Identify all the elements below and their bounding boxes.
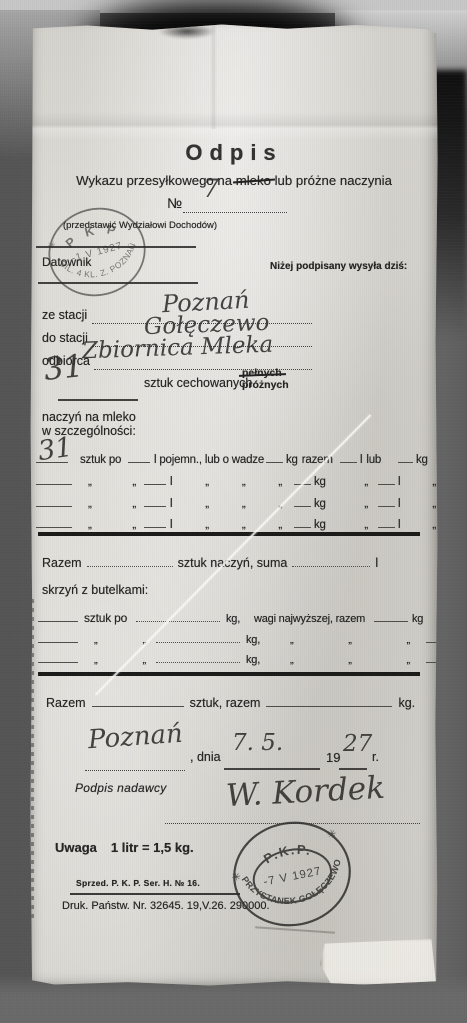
stamp-pkp-goleczewo: P.K.P. PRZYSTANEK GOŁĘCZEWO -7 V 1927 ✳ … (220, 807, 363, 941)
number-label: № (167, 195, 182, 211)
year-suffix: r. (372, 750, 379, 764)
year-handwritten: 27 (343, 731, 372, 757)
crates-heading: skrzyń z butelkami: (42, 583, 148, 597)
ditto-mark: „ (364, 519, 368, 531)
paper-fold-crease (30, 112, 438, 140)
blank-line (36, 473, 72, 485)
blank-line (36, 495, 72, 507)
paper-vertical-crease (210, 24, 217, 129)
ditto-mark: „ (132, 519, 136, 531)
unit-l: l (398, 476, 400, 488)
ditto-mark: „ (364, 476, 368, 488)
place-line (85, 768, 185, 771)
unit-l: l (154, 454, 156, 466)
stamp-bottom-star-right-icon: ✳ (326, 828, 337, 842)
from-station-label: ze stacji (42, 308, 87, 322)
vessels-sztuk-po: sztuk po (80, 454, 128, 466)
unit-kg: kg (314, 476, 326, 488)
blank-line (92, 695, 184, 707)
photo-of-document: Odpis Wykazu przesyłkowego na mleko lub … (0, 0, 467, 1023)
ditto-mark: „ (407, 654, 410, 666)
place-handwritten: Poznań (87, 719, 184, 756)
signature-handwritten: W. Kordek (225, 770, 386, 814)
blank-line (36, 516, 72, 528)
ditto-mark: „ (407, 634, 410, 646)
kg-dot: kg. (398, 696, 415, 710)
number-blank-line (183, 210, 287, 213)
blank-line (426, 631, 460, 643)
unit-kg: kg (314, 519, 326, 531)
unit-kg: kg (416, 454, 428, 466)
stamp-top-star-icon: ✳ (47, 240, 58, 253)
unit-l: l (375, 556, 378, 570)
blank-line (378, 516, 395, 528)
blank-line (292, 555, 370, 567)
blank-line (374, 610, 408, 622)
vessels-row-2: „„ l„„„ kg„ l„ kg (36, 473, 436, 488)
recipient-handwritten: Zbiornica Mleka (82, 332, 274, 365)
unit-kg: kg (460, 519, 467, 531)
blank-line (378, 473, 395, 485)
blank-line (156, 651, 240, 663)
blank-line (294, 495, 311, 507)
section-divider-rule (38, 532, 420, 536)
marked-alt-word: próżnych (242, 379, 289, 391)
blank-line (266, 451, 283, 463)
unit-l: l (360, 454, 362, 466)
ditto-mark: „ (348, 654, 351, 666)
kg-comma: kg, (246, 634, 274, 646)
marked-count-handwritten: 31 (42, 348, 85, 388)
stamp-bottom-date: -7 V 1927 (263, 865, 323, 888)
imprint-rule (70, 893, 240, 895)
unit-kg: kg (412, 613, 423, 625)
crates-row-1: sztuk po kg, wagi najwyższej, razem kg (38, 610, 430, 625)
blank-line (442, 516, 457, 528)
ditto-mark: „ (242, 498, 246, 510)
blank-line (144, 516, 166, 528)
unit-kg: kg (286, 454, 298, 466)
blank-line (36, 451, 68, 463)
vessels-heading-line1: naczyń na mleko (42, 410, 136, 424)
number-handwritten: 7 (203, 174, 219, 203)
signature-label: Podpis nadawcy (75, 781, 167, 795)
crates-row-3: „„ kg, „„„ kg (38, 651, 430, 666)
crates-mid-text: wagi najwyższej, razem (254, 613, 374, 625)
vessels-row-1: sztuk po lpojemn., lub o wadze kgrazem l… (36, 451, 436, 466)
vessels-total-row: Razem sztuk naczyń, suma l (42, 555, 378, 570)
blank-line (38, 651, 78, 663)
ditto-mark: „ (143, 654, 146, 666)
razem-label: Razem (46, 696, 86, 710)
blank-line (426, 651, 460, 663)
subtitle-after: lub próżne naczynia (275, 173, 392, 188)
unit-kg: kg (314, 498, 326, 510)
ditto-mark: „ (94, 634, 97, 646)
ditto-mark: „ (290, 634, 293, 646)
blank-line (87, 555, 173, 567)
paper-perforation-edge (31, 599, 34, 919)
sends-today-note: Niżej podpisany wysyła dziś: (270, 261, 407, 272)
svg-text:P.K.P.: P.K.P. (260, 838, 316, 868)
section-divider-rule (38, 672, 420, 676)
ditto-mark: „ (432, 498, 436, 510)
uwaga-label: Uwaga (55, 840, 97, 855)
pojemn-text: pojemn., lub o wadze (159, 454, 264, 466)
ditto-mark: „ (348, 634, 351, 646)
blank-line (156, 631, 240, 643)
blank-line (38, 610, 78, 622)
suma-text: sztuk naczyń, suma (178, 556, 288, 570)
unit-l: l (170, 519, 172, 531)
subtitle-struck-word: mleko (236, 173, 271, 188)
uwaga-text: 1 litr = 1,5 kg. (111, 840, 194, 855)
blank-line (398, 451, 413, 463)
kg-comma: kg, (246, 654, 274, 666)
document-subtitle: Wykazu przesyłkowego na mleko lub próżne… (30, 173, 438, 188)
grand-total-row: Razem sztuk, razem kg. (46, 695, 415, 710)
ditto-mark: „ (278, 519, 282, 531)
ditto-mark: „ (242, 519, 246, 531)
marked-label: sztuk cechowanych (144, 376, 252, 390)
ditto-mark: „ (132, 476, 136, 488)
ditto-mark: „ (278, 476, 282, 488)
blank-line (378, 495, 395, 507)
blank-line (442, 495, 457, 507)
ditto-mark: „ (432, 476, 436, 488)
dnia-label: , dnia (190, 750, 221, 764)
crates-sztuk-po: sztuk po (84, 611, 136, 625)
ditto-mark: „ (94, 654, 97, 666)
ditto-mark: „ (242, 476, 246, 488)
marked-options: pełnych próżnych (242, 368, 289, 391)
date-line (224, 768, 320, 770)
stamp-bottom-arc-text: PRZYSTANEK GOŁĘCZEWO (239, 856, 350, 915)
blank-line (294, 516, 311, 528)
ditto-mark: „ (88, 519, 92, 531)
year-line (339, 768, 367, 770)
ditto-mark: „ (205, 476, 209, 488)
blank-line (128, 451, 150, 463)
paper-tear-patch (320, 939, 436, 985)
ditto-mark: „ (205, 498, 209, 510)
ditto-mark: „ (88, 498, 92, 510)
vessels-row-4: „„ l„„„ kg„ l„ kg (36, 516, 436, 531)
svg-text:PRZYSTANEK GOŁĘCZEWO: PRZYSTANEK GOŁĘCZEWO (239, 856, 350, 915)
marked-count-line (58, 399, 138, 401)
total-text: sztuk, razem (190, 696, 261, 710)
blank-line (340, 451, 357, 463)
ditto-mark: „ (432, 519, 436, 531)
marked-struck-word: pełnych (242, 368, 282, 380)
blank-line (38, 631, 78, 643)
date-handwritten: 7. 5. (232, 730, 283, 756)
ditto-mark: „ (132, 498, 136, 510)
sprzed-imprint: Sprzed. P. K. P. Ser. H. № 16. (76, 878, 200, 888)
unit-l: l (398, 519, 400, 531)
stamp-pkp-poznan: P K P BIL. 4 KL. Z. POZNAŃ -1 V 1927 ✳ (35, 193, 160, 311)
crates-row-2: „„ kg, „„„ kg (38, 631, 430, 646)
stamp-bottom-org-text: P.K.P. (260, 838, 316, 868)
stamp-bottom-star-left-icon: ✳ (231, 871, 242, 885)
unit-l: l (170, 498, 172, 510)
ditto-mark: „ (205, 519, 209, 531)
uwaga-row: Uwaga 1 litr = 1,5 kg. (55, 840, 194, 855)
blank-line (144, 495, 166, 507)
blank-line (442, 473, 457, 485)
unit-l: l (170, 476, 172, 488)
ditto-mark: „ (290, 654, 293, 666)
vessels-row-3: „„ l„„„ kg„ l„ kg (36, 495, 436, 510)
lub-word: lub (366, 454, 381, 466)
blank-line (266, 695, 392, 707)
document-paper: Odpis Wykazu przesyłkowego na mleko lub … (30, 24, 438, 986)
year-prefix: 19 (326, 750, 340, 765)
kg-comma: kg, (226, 613, 254, 625)
unit-kg: kg (460, 476, 467, 488)
blank-line (144, 473, 166, 485)
ditto-mark: „ (364, 498, 368, 510)
razem-label: Razem (42, 556, 82, 570)
ditto-mark: „ (88, 476, 92, 488)
unit-l: l (398, 498, 400, 510)
document-title: Odpis (30, 140, 438, 166)
unit-kg: kg (460, 498, 467, 510)
